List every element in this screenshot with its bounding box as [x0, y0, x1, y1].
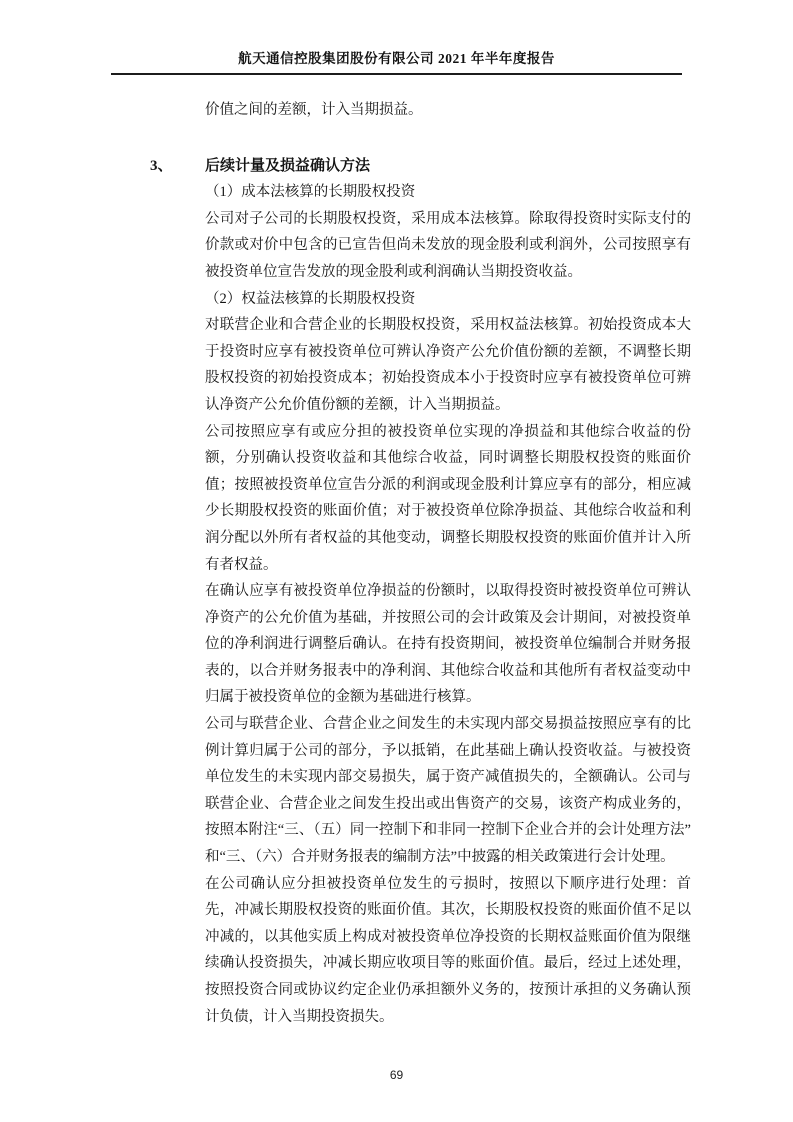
- page-number: 69: [390, 1068, 403, 1082]
- section-title: 后续计量及损益确认方法: [205, 153, 691, 180]
- body-paragraph: （1）成本法核算的长期股权投资: [205, 179, 691, 206]
- body-paragraph: （2）权益法核算的长期股权投资: [205, 286, 691, 313]
- body-paragraph: 公司按照应享有或应分担的被投资单位实现的净损益和其他综合收益的份额，分别确认投资…: [205, 419, 691, 579]
- section-number: 3、: [150, 153, 205, 180]
- report-page: 航天通信控股集团股份有限公司 2021 年半年度报告 价值之间的差额，计入当期损…: [0, 0, 793, 1122]
- body-paragraph: 公司与联营企业、合营企业之间发生的未实现内部交易损益按照应享有的比例计算归属于公…: [205, 711, 691, 871]
- body-paragraph: 在确认应享有被投资单位净损益的份额时，以取得投资时被投资单位可辨认净资产的公允价…: [205, 578, 691, 711]
- body-paragraph: 公司对子公司的长期股权投资，采用成本法核算。除取得投资时实际支付的价款或对价中包…: [205, 206, 691, 286]
- paragraph-continuation: 价值之间的差额，计入当期损益。: [205, 97, 691, 124]
- page-body: 价值之间的差额，计入当期损益。 3、 后续计量及损益确认方法 （1）成本法核算的…: [205, 97, 691, 1030]
- page-footer: 69: [0, 1068, 793, 1082]
- body-paragraph: 在公司确认应分担被投资单位发生的亏损时，按照以下顺序进行处理：首先，冲减长期股权…: [205, 871, 691, 1031]
- body-paragraph: 对联营企业和合营企业的长期股权投资，采用权益法核算。初始投资成本大于投资时应享有…: [205, 312, 691, 418]
- section-heading: 3、 后续计量及损益确认方法: [150, 153, 691, 180]
- report-header: 航天通信控股集团股份有限公司 2021 年半年度报告: [111, 50, 682, 75]
- report-header-title: 航天通信控股集团股份有限公司 2021 年半年度报告: [238, 51, 555, 66]
